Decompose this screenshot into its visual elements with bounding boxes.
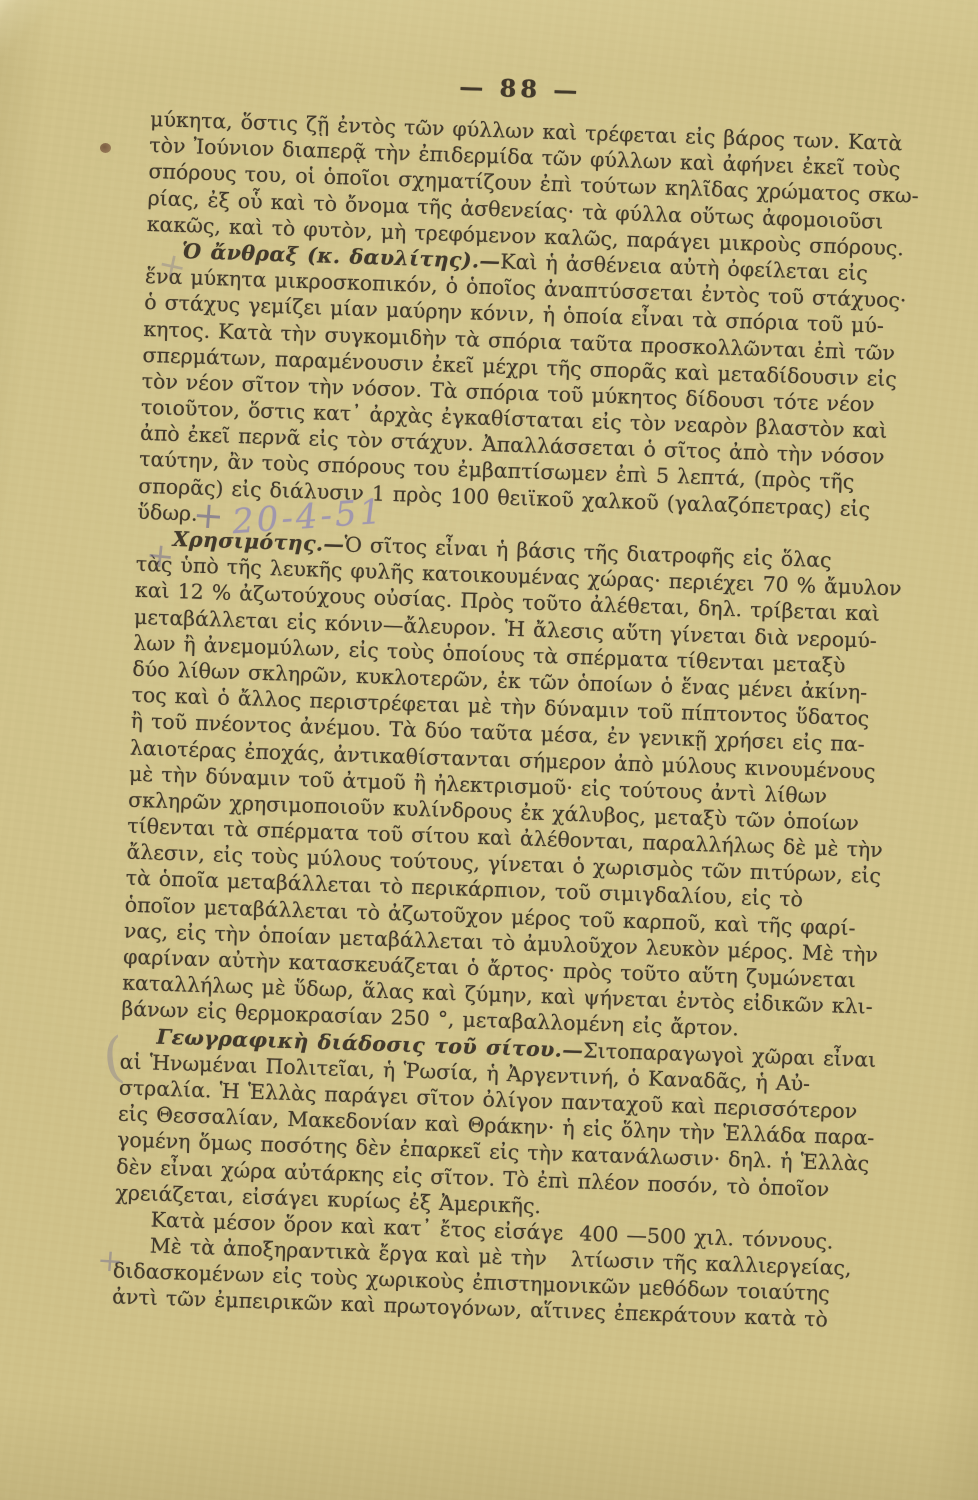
text-block: μύκητα, ὅστις ζῇ ἐντὸς τῶν φύλλων καὶ τρ… <box>112 106 908 1334</box>
paragraph: Ὁ ἄνθραξ (κ. δαυλίτης).—Καὶ ἡ ἀσθένεια α… <box>137 237 904 549</box>
paper-speck <box>100 143 111 153</box>
paragraph: Χρησιμότης.—Ὁ σῖτος εἶναι ἡ βάσις τῆς δι… <box>121 525 895 1047</box>
paragraph: Γεωγραφικὴ διάδοσις τοῦ σίτου.—Σιτοπαραγ… <box>115 1022 879 1230</box>
paragraph: μύκητα, ὅστις ζῇ ἐντὸς τῶν φύλλων καὶ τρ… <box>146 106 908 261</box>
page-number: — 88 — <box>141 64 899 114</box>
page-content: — 88 — μύκητα, ὅστις ζῇ ἐντὸς τῶν φύλλων… <box>112 64 910 1334</box>
scan-page: — 88 — μύκητα, ὅστις ζῇ ἐντὸς τῶν φύλλων… <box>0 0 978 1500</box>
